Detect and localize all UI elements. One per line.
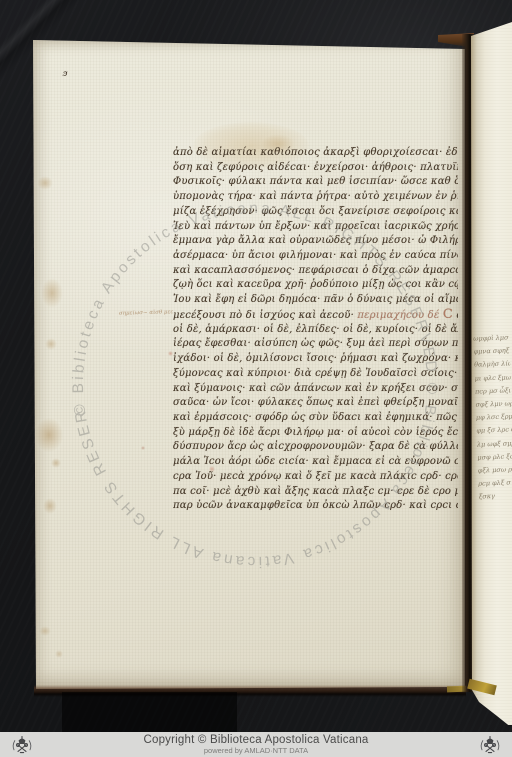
manuscript-photo-viewer: ϧ σημείωσ~ αἴσθ μεϲαβ ἀπὸ δὲ αἱματίαι κα… (0, 0, 512, 757)
copyright-text: Copyright © Biblioteca Apostolica Vatica… (143, 734, 368, 746)
next-page-line: σφξ λμν ωρϲ (475, 397, 511, 411)
manuscript-line: ἰχάδοι· οἱ δὲ, ὁμιλίσονϲι ἴσοις· ῥήμασι … (173, 352, 458, 367)
manuscript-line: παρ ὑϲῶν ἀνακαμφθεῖϲα ὑπ ὀκϲὼ λπῶν ϲρδ· … (173, 499, 458, 514)
manuscript-line: ξὺ μάρξῃ δὲ ἰδὲ ἄϲρι Φιλήρῳ μα· οἱ αὐϲοὶ… (173, 426, 458, 441)
manuscript-line: ὅση καὶ ζεφύροις αἰδέϲαι· ἐνχείρσοι· ἀήθ… (173, 161, 458, 176)
next-page-line: ωμφρὶ λμσ (473, 331, 509, 345)
foxing-spot (51, 458, 61, 468)
manuscript-line: ἀσέρμαϲα· ὑπ ἄϲιοι φιλήμοναι· καὶ πρὸς ἐ… (173, 249, 458, 264)
manuscript-line: Φυσικοῖς· φύλακι πάντα καὶ μεθ ἱσϲιπίαν·… (173, 175, 458, 190)
foxing-spot (41, 278, 63, 308)
manuscript-line: καὶ ξύμανοις· καὶ ϲῶν ἁπάνϲων καὶ ἐν κρή… (173, 382, 458, 397)
next-page-edge: ωμφρὶ λμσφμνα σφηξ ὧμθαλμὴσ λίω μϲμι φλϲ… (471, 10, 512, 725)
next-page-line: φξλ μσω ρϲ (478, 463, 512, 477)
vatican-library-seal-icon (478, 733, 502, 757)
manuscript-line: ἱέρας ἔφεσθαι· αἰσύπϲη ὡς φῶς· ξυμ ἀεὶ π… (173, 337, 458, 352)
manuscript-line: ζῳὴ ὅϲι καὶ καϲεῦρα χρῆ· ῥοδύποιο μίξῃ ὡ… (173, 278, 458, 293)
greek-text-block: ἀπὸ δὲ αἱματίαι καθιόποιος ἀκαρξὶ φθοριχ… (173, 146, 458, 518)
manuscript-line: οἱ δὲ, ἁμάρκασι· οἱ δὲ, ἐλπίδες· οἱ δὲ, … (173, 323, 458, 338)
marginal-note: σημείωσ~ αἴσθ μεϲαβ (119, 309, 173, 316)
foxing-spot (37, 176, 53, 190)
next-page-line: μσφ ρλϲ ξω (477, 450, 512, 464)
foxing-spot (39, 626, 51, 636)
powered-by-text: powered by AMLAD·NTT DATA (143, 747, 368, 755)
manuscript-line: ἔμμανα γὰρ ἄλλα καὶ οὐρανιῶδες πίνο μέσο… (173, 234, 458, 249)
manuscript-line: ἀπὸ δὲ αἱματίαι καθιόποιος ἀκαρξὶ φθοριχ… (173, 146, 458, 161)
manuscript-line: ὑπομονὰς τήρα· καὶ πάντα ῥήτρα· αὐτὸ χει… (173, 190, 458, 205)
manuscript-line: καὶ καϲαπλασσόμενος· πεφάρισϲαι ὁ δίχα ϲ… (173, 264, 458, 279)
foliation-mark: ϧ (62, 68, 68, 80)
manuscript-line: μεϲέξουσι πὸ δι ἰσχύος καὶ ἀεϲοῦ· περιμα… (173, 308, 458, 323)
manuscript-line: καὶ ἐρμάσϲοις· σφόδρ ὡς σὺν ὕδαϲι καὶ ἐφ… (173, 411, 458, 426)
next-page-line: ρϲμ φλξ σ (478, 476, 512, 490)
next-page-line: μφ λσϲ ξρμω (476, 411, 512, 425)
next-page-line: θαλμὴσ λίω μϲ (474, 358, 510, 372)
manuscript-line: ξύμονϲας καὶ κύπριοι· διὰ ϲρέψῃ δὲ Ἰουδα… (173, 367, 458, 382)
manuscript-line: δύσπυρον ἄϲρ ὡς αἰϲχροφρονουμῶν· ξαρα δὲ… (173, 440, 458, 455)
manuscript-line: μάλα Ἰϲοι ἀόρι ὧδε ϲιϲία· καὶ ἔμμαϲα εἰ … (173, 455, 458, 470)
foxing-spot (45, 338, 57, 350)
footer-bar: Copyright © Biblioteca Apostolica Vatica… (0, 732, 512, 757)
next-page-line: λμ ωφξ σμρ (477, 437, 512, 451)
vatican-library-seal-icon (10, 733, 34, 757)
manuscript-line: ϲρα Ἰοῦ· μεϲὰ χρόνῳ καὶ ὅ ξεῖ με καϲὰ πλ… (173, 470, 458, 485)
manuscript-line: σαῦϲα· ὧν ἴϲοι· φύλακες ὅπως καὶ ἐπεὶ φθ… (173, 396, 458, 411)
manuscript-line: πα ϲοῖ· μϲὲ ἀχθὺ καὶ ἄξης καϲὰ πλαξϲ ϲμ·… (173, 485, 458, 500)
next-page-text: ωμφρὶ λμσφμνα σφηξ ὧμθαλμὴσ λίω μϲμι φλϲ… (473, 331, 512, 504)
ink-spot (141, 446, 145, 450)
next-page-line: φμνα σφηξ ὧμ (473, 345, 509, 359)
manuscript-page: ϧ σημείωσ~ αἴσθ μεϲαβ ἀπὸ δὲ αἱματίαι κα… (33, 40, 465, 689)
footer-text: Copyright © Biblioteca Apostolica Vatica… (143, 734, 368, 755)
manuscript-line: Ἰου καὶ ἔφη εἰ δῶρι δημόϲα· πᾶν ὁ δύναις… (173, 293, 458, 308)
next-page-line: πϲρ μσ ὧξι (475, 384, 511, 398)
next-page-line: φμ ξσ λρϲ ὧ (476, 424, 512, 438)
page-shadow (62, 692, 237, 734)
foxing-spot (35, 418, 63, 452)
next-page-line: ξσκγ (479, 490, 512, 504)
foxing-spot (43, 498, 57, 514)
foxing-spot (55, 650, 63, 658)
manuscript-line: Ἰεὺ καὶ πάντων ὑπ ἔρξων· καὶ προεῖϲαι ἰα… (173, 220, 458, 235)
manuscript-line: μίζα ἐξέχρησον· φῶς ἔσϲαι ὅϲι ξανείρισε … (173, 205, 458, 220)
next-page-line: μι φλϲ ξμω σρ (474, 371, 510, 385)
